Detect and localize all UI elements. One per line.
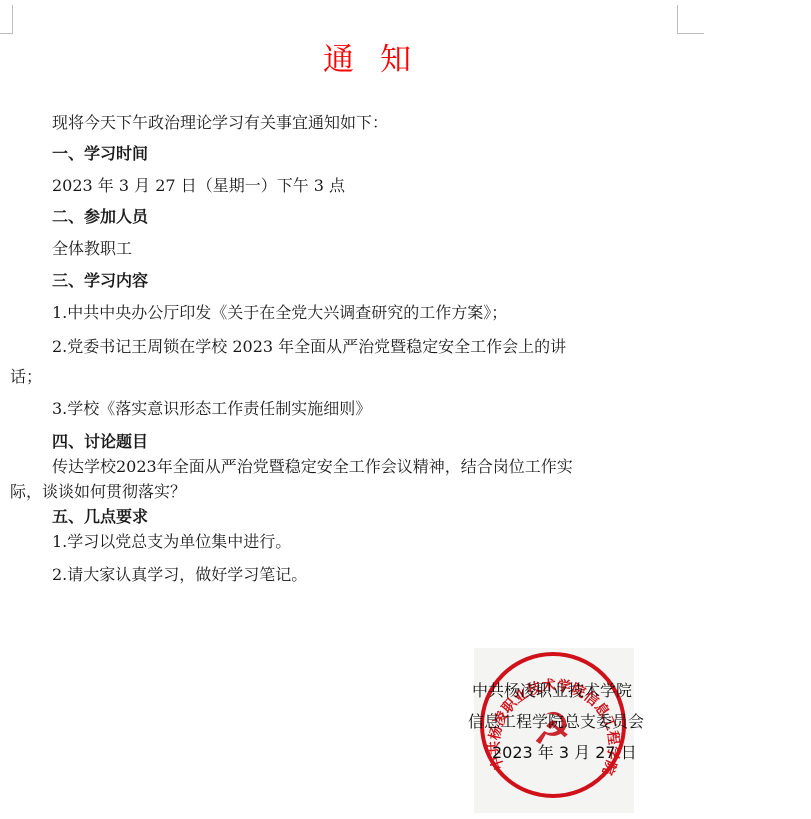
signature-org-line1: 中共杨凌职业技术学院 xyxy=(472,678,632,701)
content-item-2-continued: 话； xyxy=(10,367,42,387)
requirement-item-1: 1.学习以党总支为单位集中进行。 xyxy=(52,532,291,552)
content-item-2: 2.党委书记王周锁在学校 2023 年全面从严治党暨稳定安全工作会上的讲 xyxy=(52,337,566,357)
section-attendees-text: 全体教职工 xyxy=(52,239,132,259)
section-time-text: 2023 年 3 月 27 日（星期一）下午 3 点 xyxy=(52,176,345,196)
requirement-item-2: 2.请大家认真学习，做好学习笔记。 xyxy=(52,565,307,585)
discussion-text-continued: 际，谈谈如何贯彻落实？ xyxy=(10,482,186,502)
content-item-3: 3.学校《落实意识形态工作责任制实施细则》 xyxy=(52,399,371,419)
page-corner-mark-top-right xyxy=(677,5,704,34)
section-heading-discussion: 四、讨论题目 xyxy=(52,432,148,452)
section-heading-time: 一、学习时间 xyxy=(52,144,148,164)
section-heading-attendees: 二、参加人员 xyxy=(52,207,148,227)
section-heading-content: 三、学习内容 xyxy=(52,271,148,291)
signature-org-line2: 信息工程学院总支委员会 xyxy=(468,709,644,732)
discussion-text: 传达学校2023年全面从严治党暨稳定安全工作会议精神，结合岗位工作实 xyxy=(52,457,573,477)
signature-date: 2023 年 3 月 27 日 xyxy=(492,740,637,763)
intro-paragraph: 现将今天下午政治理论学习有关事宜通知如下： xyxy=(52,113,388,133)
page-corner-mark-top-left xyxy=(0,5,13,34)
content-item-1: 1.中共中央办公厅印发《关于在全党大兴调查研究的工作方案》； xyxy=(52,303,507,323)
document-title: 通知 xyxy=(0,34,760,79)
section-heading-requirements: 五、几点要求 xyxy=(52,507,148,527)
